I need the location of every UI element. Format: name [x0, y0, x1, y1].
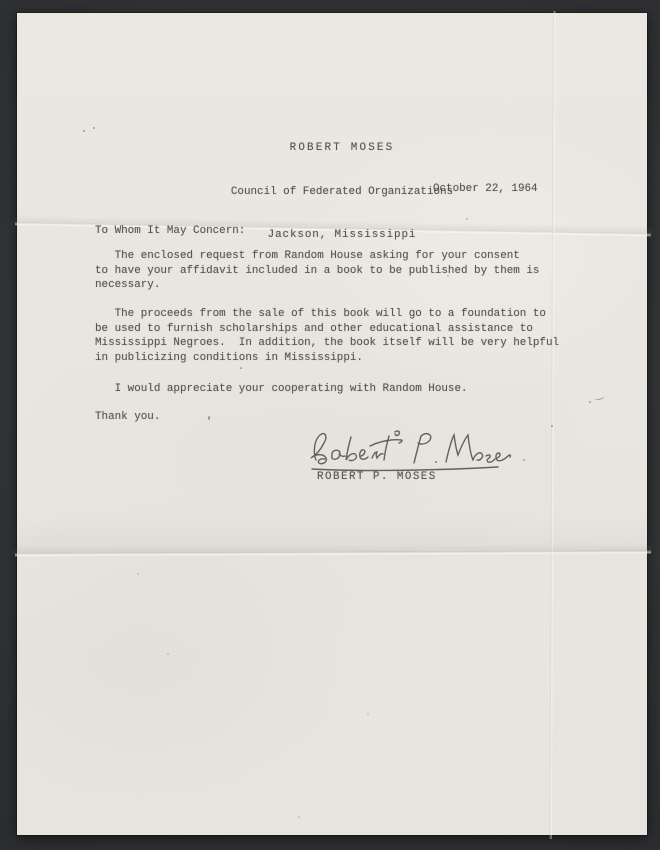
dust-speck	[447, 275, 449, 277]
dust-speck	[298, 816, 300, 818]
dust-speck	[137, 573, 139, 575]
dust-speck	[551, 425, 553, 427]
paragraph-3: I would appreciate your cooperating with…	[95, 382, 468, 397]
paragraph-2: The proceeds from the sale of this book …	[95, 307, 559, 365]
stray-apostrophe-mark	[208, 416, 210, 420]
dust-speck	[589, 401, 591, 403]
closing-thank-you: Thank you.	[95, 410, 160, 425]
dust-speck	[367, 713, 369, 715]
dust-speck	[167, 653, 169, 655]
scanner-background: { "colors": { "scanner_background": "#32…	[0, 0, 660, 850]
letterhead: ROBERT MOSES Council of Federated Organi…	[27, 112, 657, 272]
letter-date: October 22, 1964	[433, 182, 538, 197]
letterhead-name: ROBERT MOSES	[27, 141, 657, 156]
paragraph-1: The enclosed request from Random House a…	[95, 249, 539, 293]
dust-speck	[466, 218, 468, 220]
handwritten-signature	[305, 429, 517, 475]
dust-speck	[523, 459, 525, 461]
letter-paper: ROBERT MOSES Council of Federated Organi…	[17, 13, 647, 835]
letterhead-organization: Council of Federated Organizations	[27, 185, 657, 200]
stray-pencil-squiggle	[593, 393, 604, 401]
typed-signature-name: ROBERT P. MOSES	[317, 470, 437, 485]
dust-speck	[93, 127, 95, 129]
dust-speck	[83, 130, 85, 132]
salutation: To Whom It May Concern:	[95, 224, 245, 239]
dust-speck	[240, 367, 242, 369]
